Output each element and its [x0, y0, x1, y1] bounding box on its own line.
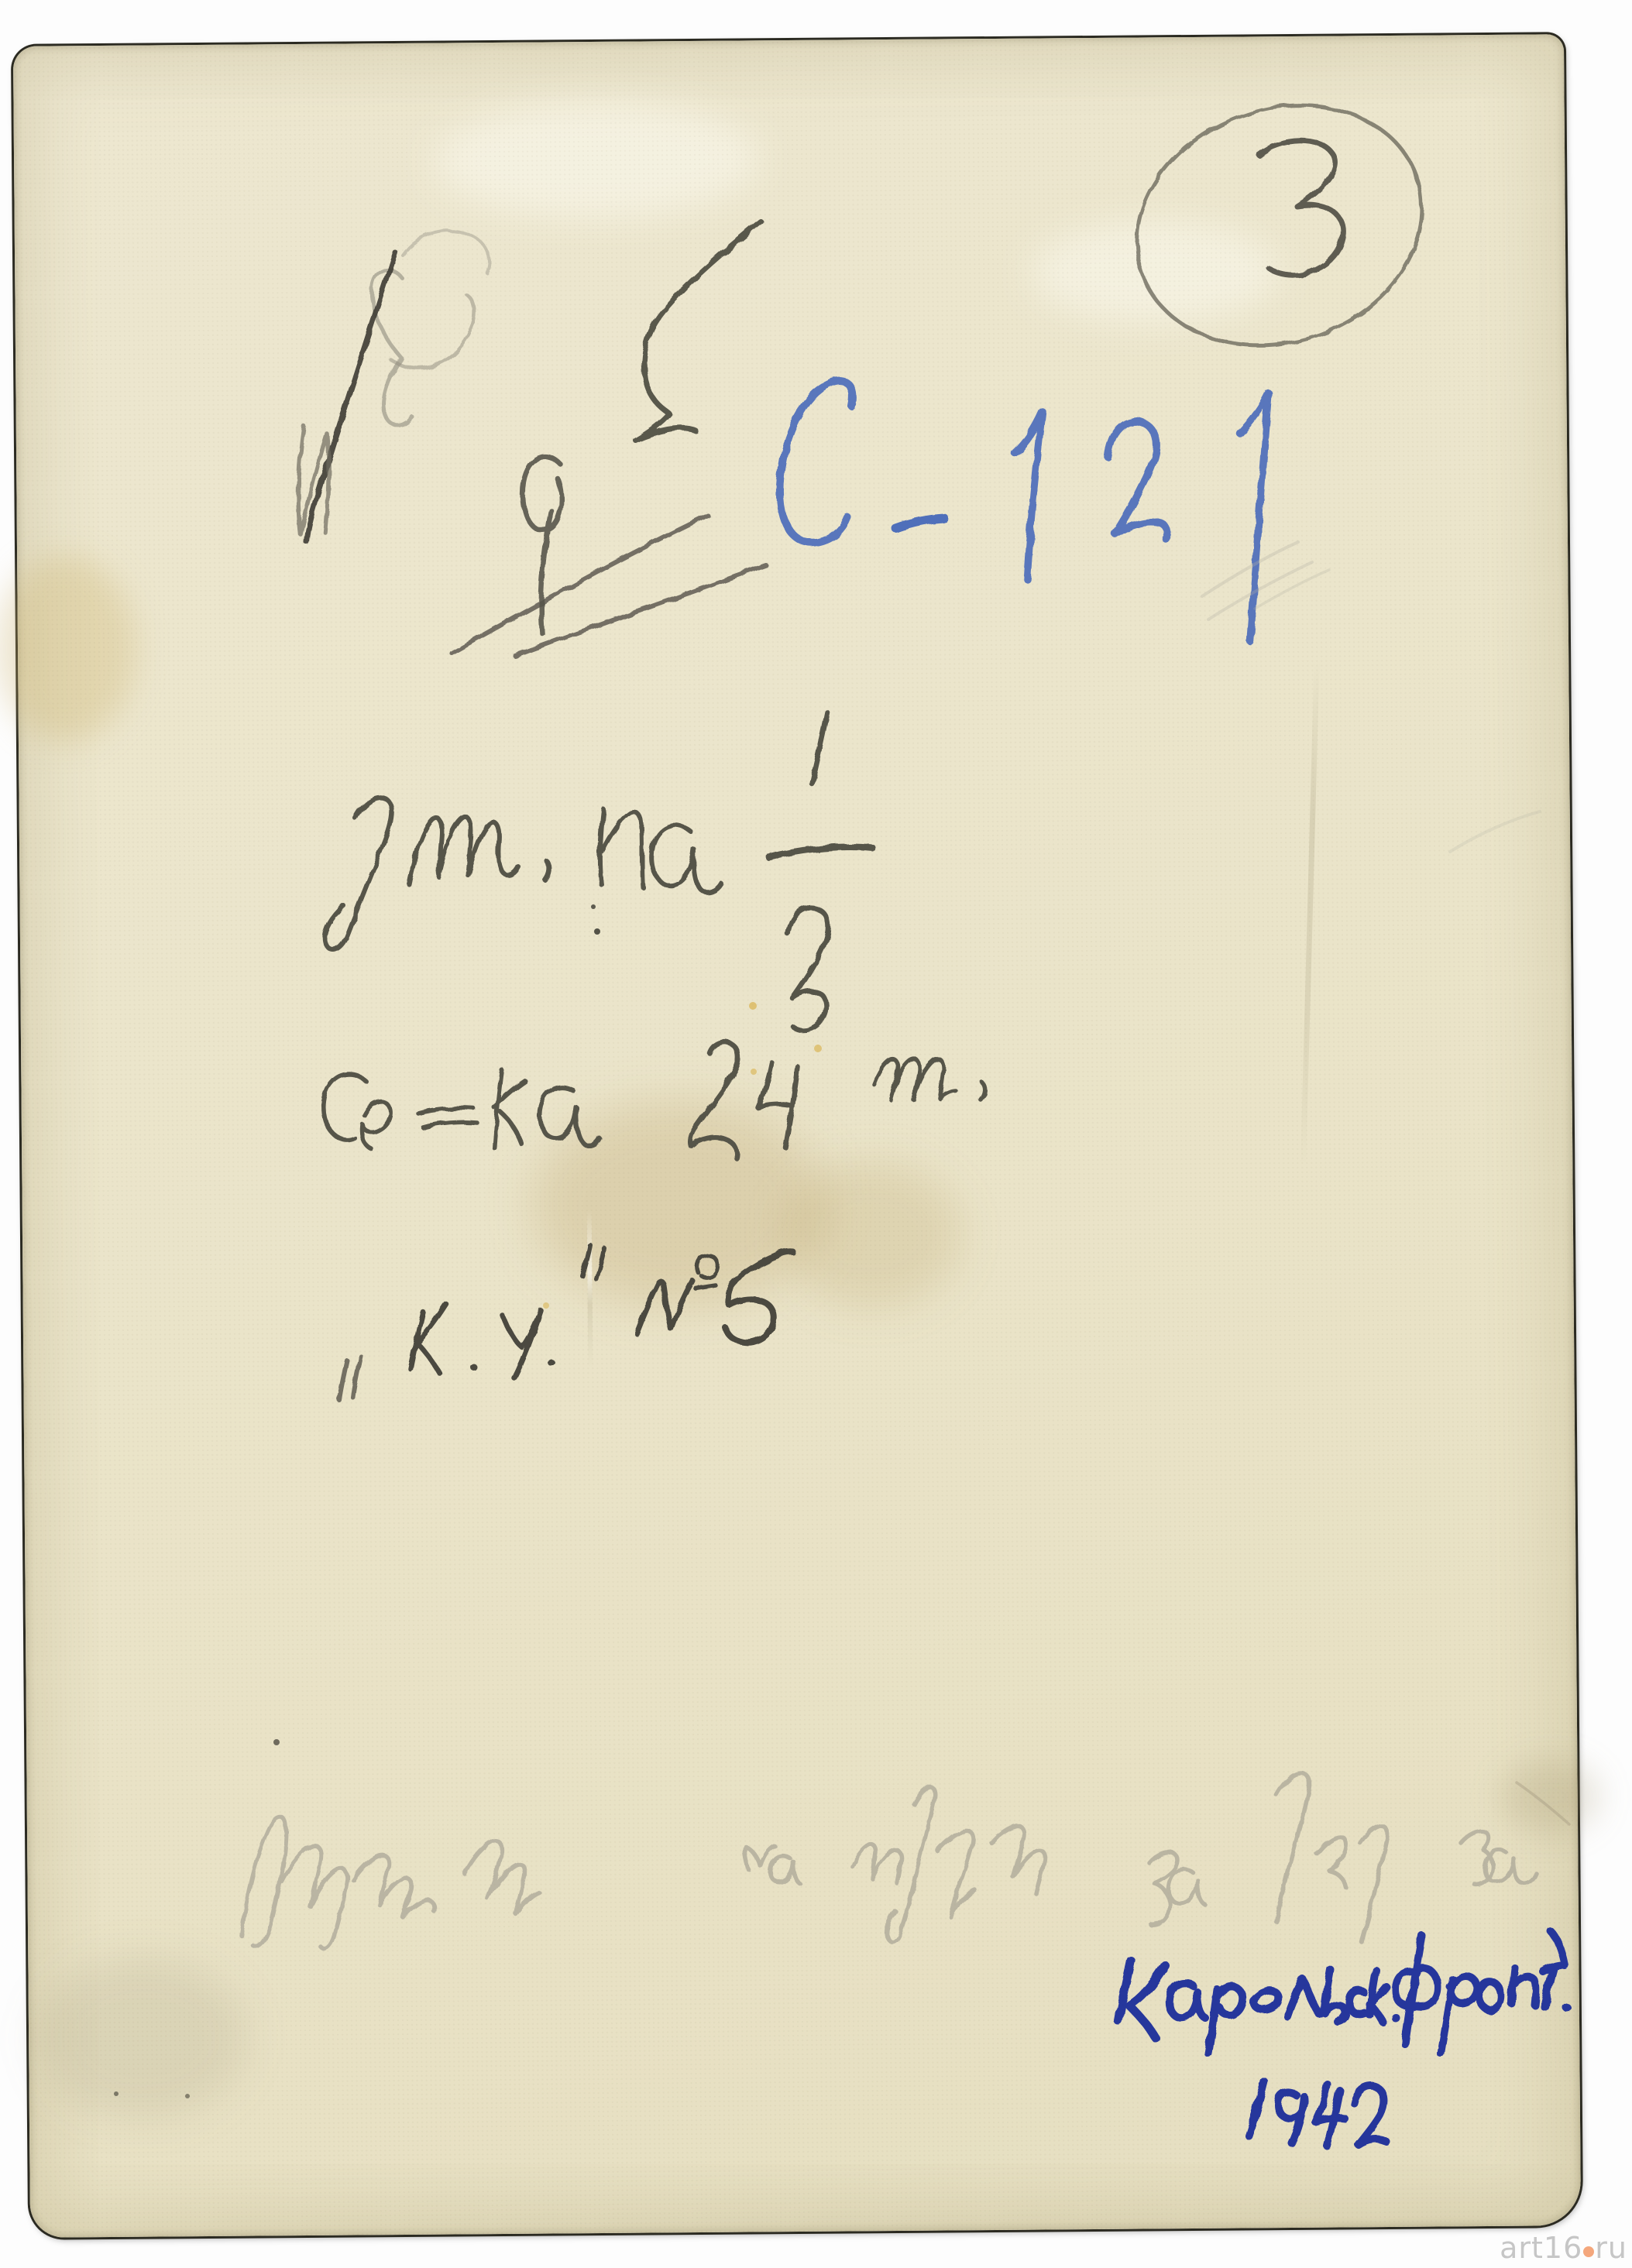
stain-bottom-left — [37, 1956, 248, 2120]
watermark-text-right: ru — [1595, 2231, 1627, 2265]
paper-dent — [1031, 221, 1280, 324]
photo-paper — [13, 34, 1581, 2238]
stain-bottom-right-edge — [1500, 1759, 1601, 1834]
scanned-photo-verso: 3 № 2 (зачёркнуто) № 5 С - 121 — [0, 0, 1632, 2268]
stain-center-right — [782, 1160, 961, 1309]
watermark: art16ru — [1500, 2231, 1627, 2265]
stain-center — [531, 1100, 827, 1309]
stain-top-left — [0, 555, 136, 742]
watermark-dot-icon — [1583, 2246, 1594, 2257]
watermark-text-left: art16 — [1500, 2231, 1582, 2265]
paper-crease — [587, 1209, 593, 1368]
paper-crease — [1300, 662, 1320, 1165]
paper-dent — [434, 101, 760, 219]
